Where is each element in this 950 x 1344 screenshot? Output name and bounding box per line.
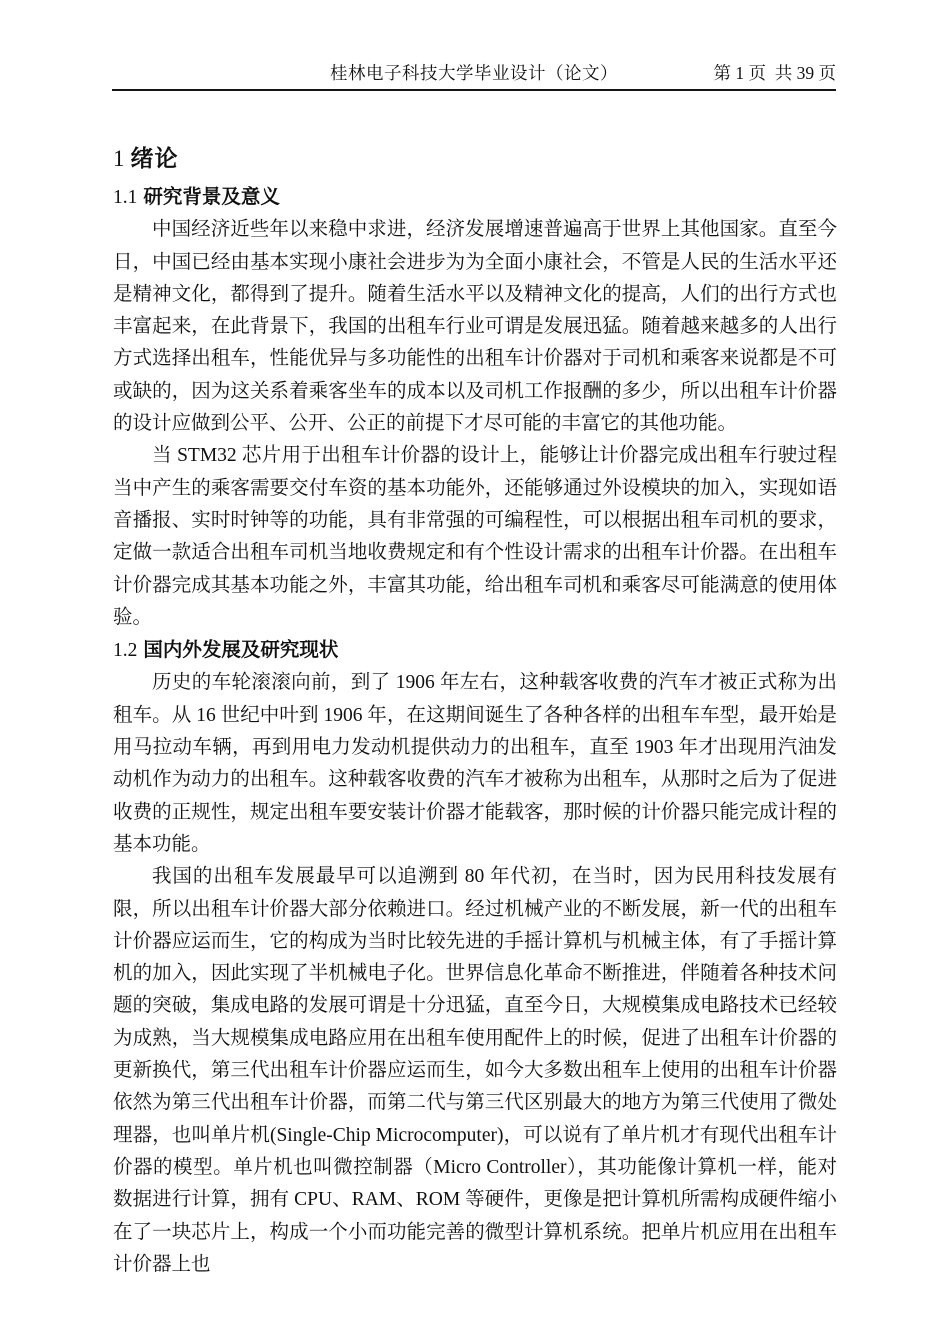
section-title-text: 国内外发展及研究现状 <box>143 639 338 661</box>
chapter-title: 1绪论 <box>113 141 837 176</box>
section-heading-1-1: 1.1研究背景及意义 <box>113 181 837 214</box>
document-body: 1绪论 1.1研究背景及意义 中国经济近些年以来稳中求进，经济发展增速普遍高于世… <box>113 141 837 1281</box>
page-header-row: 桂林电子科技大学毕业设计（论文） 第 1 页 共 39 页 <box>112 62 836 84</box>
paragraph: 当 STM32 芯片用于出租车计价器的设计上，能够让计价器完成出租车行驶过程当中… <box>113 440 837 634</box>
section-title-text: 研究背景及意义 <box>143 186 280 208</box>
paragraph: 中国经济近些年以来稳中求进，经济发展增速普遍高于世界上其他国家。直至今日，中国已… <box>113 214 837 440</box>
section-number: 1.1 <box>113 187 143 208</box>
page-header: 桂林电子科技大学毕业设计（论文） 第 1 页 共 39 页 <box>112 62 836 91</box>
page-number-info: 第 1 页 共 39 页 <box>714 62 837 84</box>
section-heading-1-2: 1.2国内外发展及研究现状 <box>113 634 837 667</box>
chapter-title-text: 绪论 <box>131 145 179 171</box>
section-number: 1.2 <box>113 640 143 661</box>
paragraph: 历史的车轮滚滚向前，到了 1906 年左右，这种载客收费的汽车才被正式称为出租车… <box>113 667 837 861</box>
paragraph: 我国的出租车发展最早可以追溯到 80 年代初，在当时，因为民用科技发展有限，所以… <box>113 861 837 1281</box>
document-page: 桂林电子科技大学毕业设计（论文） 第 1 页 共 39 页 1绪论 1.1研究背… <box>0 0 950 1344</box>
chapter-number: 1 <box>113 146 131 171</box>
